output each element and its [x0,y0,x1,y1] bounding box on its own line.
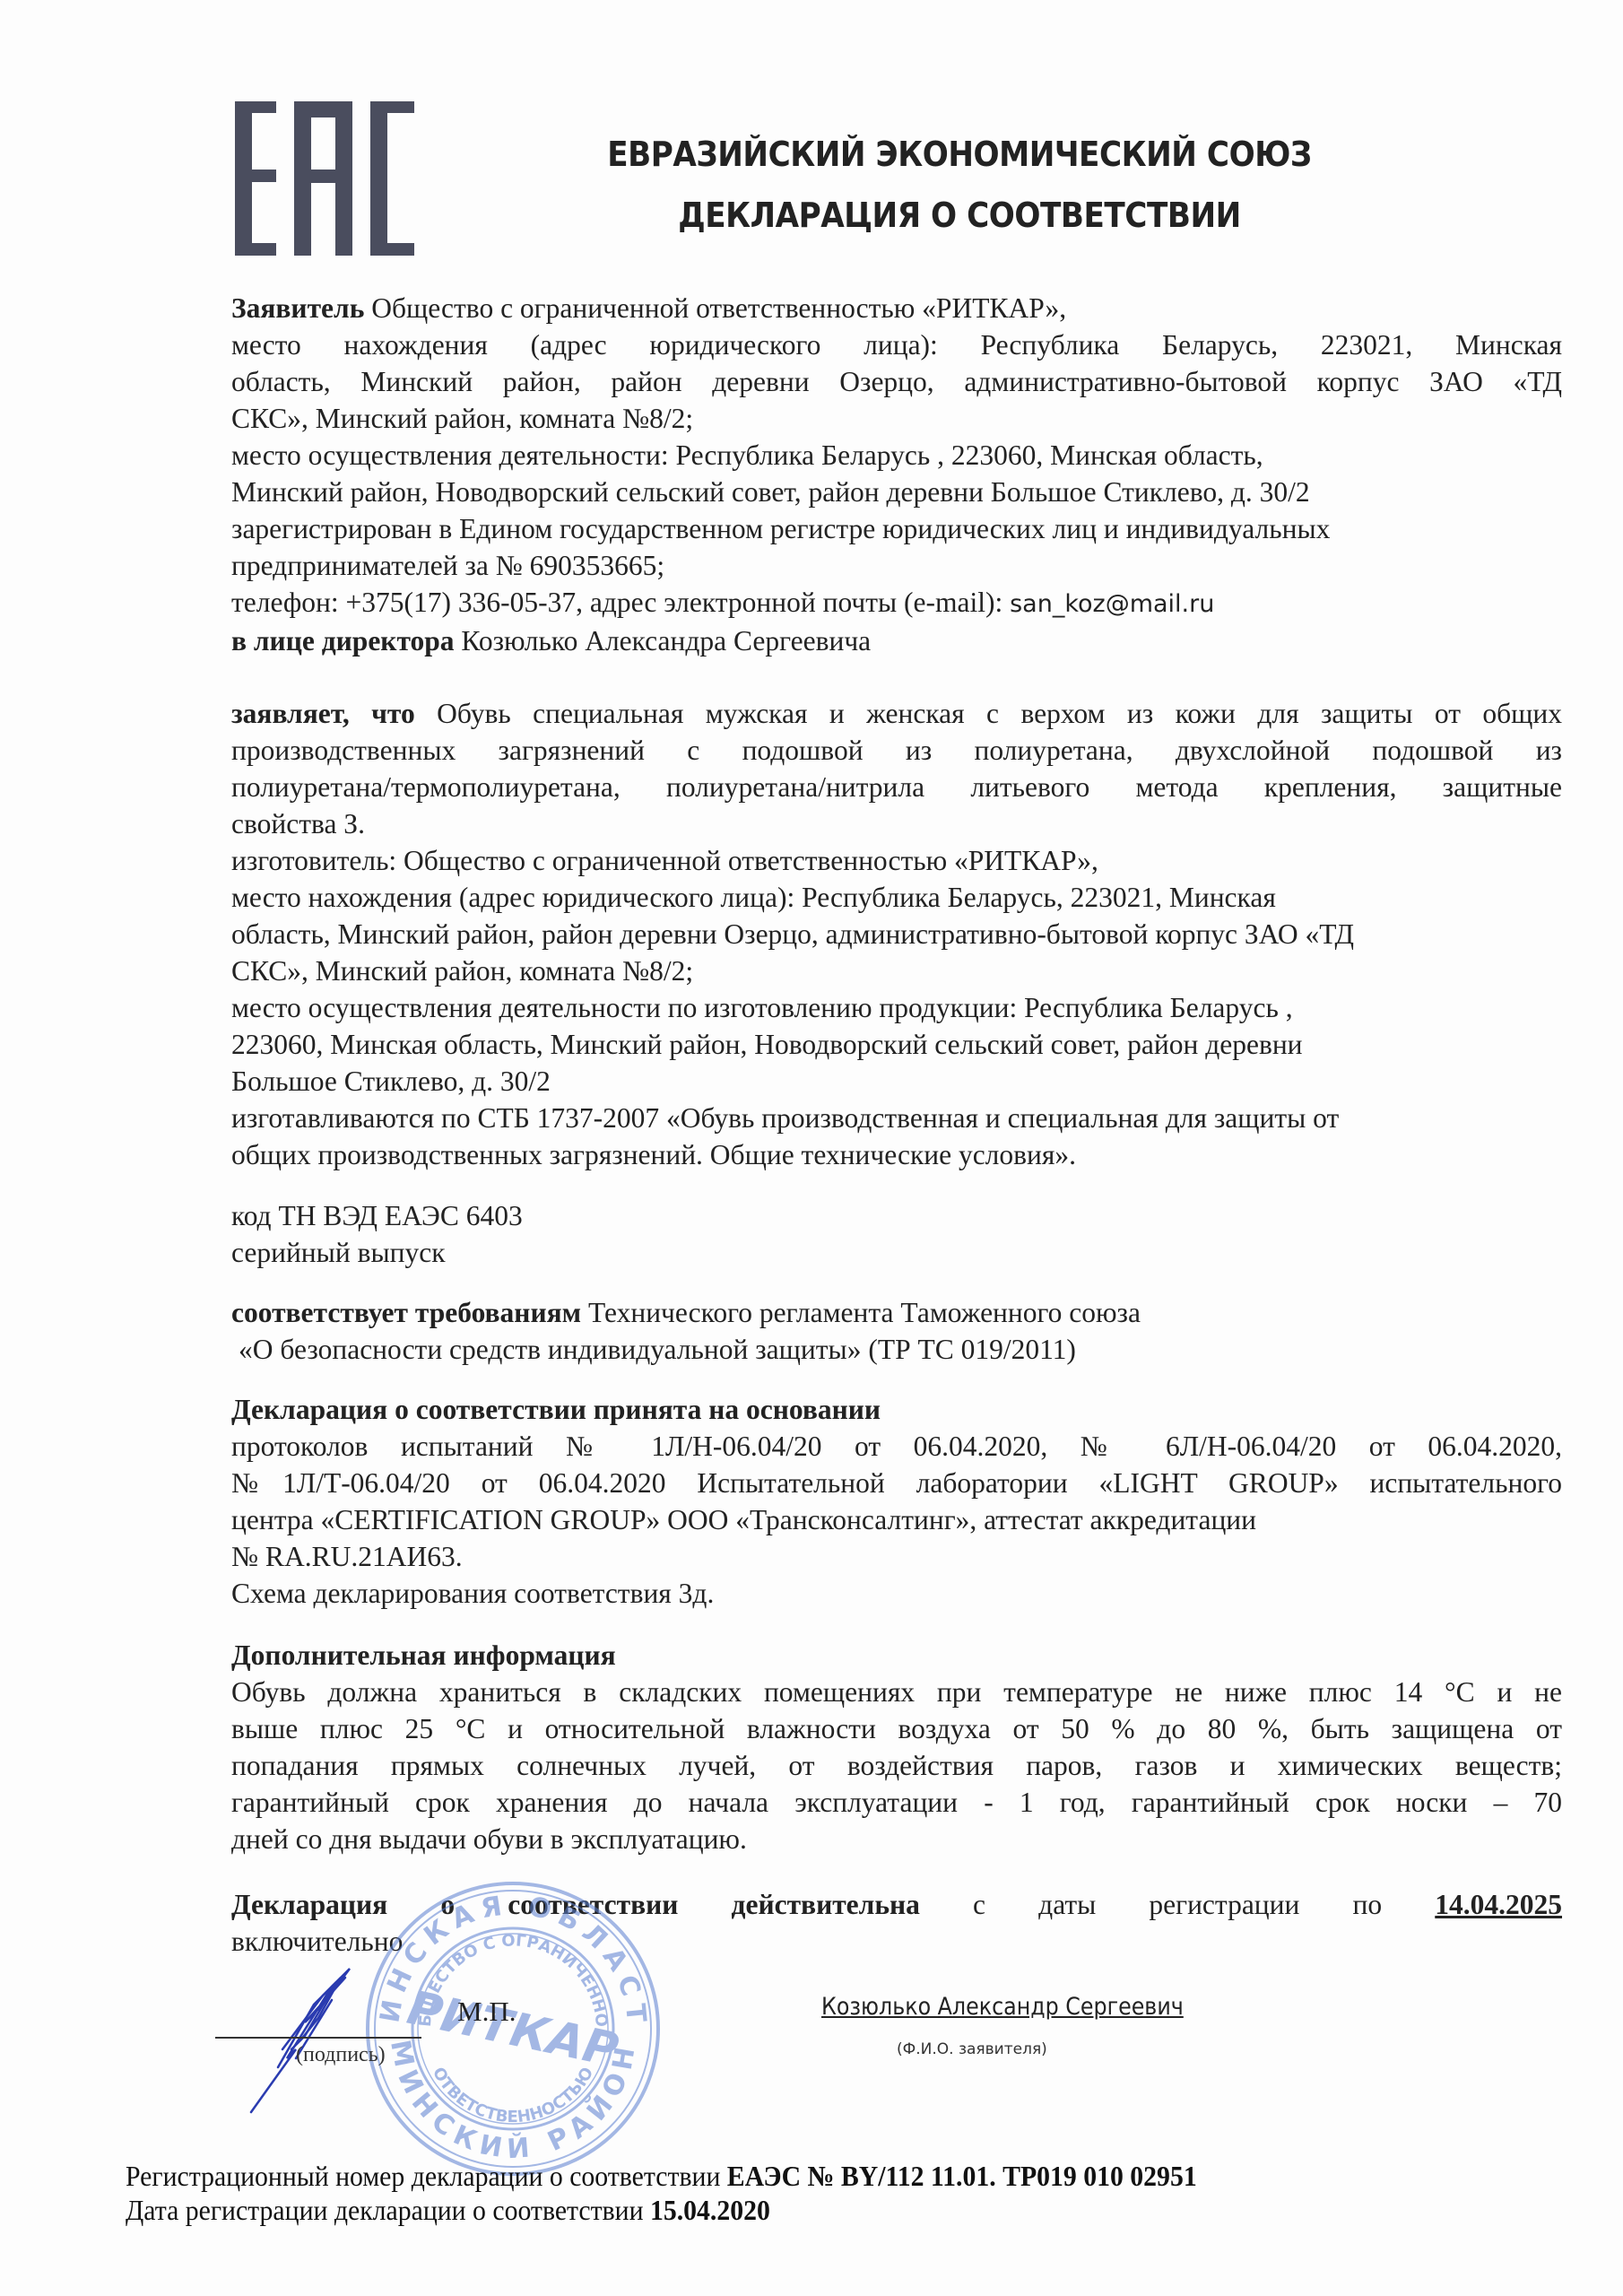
conformity-regulation: «О безопасности средств индивидуальной з… [231,1331,1562,1368]
code-section: код ТН ВЭД ЕАЭС 6403 серийный выпуск [231,1197,1562,1271]
registration-number: ЕАЭС № BY/112 11.01. ТР019 010 02951 [727,2160,1197,2192]
validity-date: 14.04.2025 [1435,1889,1562,1920]
basis-line: Схема декларирования соответствия 3д. [231,1575,1562,1612]
additional-line: Обувь должна храниться в складских помещ… [231,1674,1562,1710]
signature-line [215,2037,421,2039]
applicant-name-line: Заявитель Общество с ограниченной ответс… [231,290,1562,326]
applicant-line: место осуществления деятельности: Респуб… [231,437,1562,474]
applicant-section: Заявитель Общество с ограниченной ответс… [231,290,1562,659]
director-label: в лице директора [231,625,455,657]
signature-caption: (подпись) [296,2043,386,2067]
manufacturer-line: изготовитель: Общество с ограниченной от… [231,842,1562,879]
applicant-line: предпринимателей за № 690353665; [231,547,1562,584]
registration-number-label: Регистрационный номер декларации о соотв… [126,2160,720,2192]
applicant-line: место нахождения (адрес юридического лиц… [231,326,1562,363]
product-line: полиуретана/термополиуретана, полиуретан… [231,769,1562,805]
union-title: ЕВРАЗИЙСКИЙ ЭКОНОМИЧЕСКИЙ СОЮЗ [596,135,1323,174]
signer-name: Козюлько Александр Сергеевич [821,1993,1184,2021]
registration-date-line: Дата регистрации декларации о соответств… [126,2194,770,2227]
manufacturer-line: изготавливаются по СТБ 1737-2007 «Обувь … [231,1100,1562,1136]
seal-place-label: М.П. [457,1996,516,2028]
additional-line: гарантийный срок хранения до начала эксп… [231,1784,1562,1821]
manufacturer-line: область, Минский район, район деревни Оз… [231,916,1562,952]
applicant-line: СКС», Минский район, комната №8/2; [231,400,1562,437]
company-stamp: МИНСКАЯ ОБЛАСТЬ МИНСКИЙ РАЙОН ОБЩЕСТВО С… [363,1879,664,2179]
manufacturer-line: общих производственных загрязнений. Общи… [231,1136,1562,1173]
applicant-line: Минский район, Новодворский сельский сов… [231,474,1562,510]
handwritten-signature [215,1951,368,2121]
applicant-line: зарегистрирован в Едином государственном… [231,510,1562,547]
director-line: в лице директора Козюлько Александра Сер… [231,622,1562,659]
phone-text: телефон: +375(17) 336-05-37, адрес элект… [231,587,1010,618]
registration-number-line: Регистрационный номер декларации о соотв… [126,2160,1197,2193]
additional-line: дней со дня выдачи обуви в эксплуатацию. [231,1821,1562,1857]
release-type: серийный выпуск [231,1234,1562,1271]
applicant-name: Общество с ограниченной ответственностью… [371,292,1066,324]
manufacturer-line: СКС», Минский район, комната №8/2; [231,952,1562,989]
manufacturer-line: место нахождения (адрес юридического лиц… [231,879,1562,916]
basis-line: № RA.RU.21АИ63. [231,1538,1562,1575]
eac-mark [235,101,414,256]
registration-date-label: Дата регистрации декларации о соответств… [126,2194,644,2226]
additional-heading: Дополнительная информация [231,1637,1562,1674]
basis-line: протоколов испытаний № 1Л/Н-06.04/20 от … [231,1428,1562,1465]
basis-line: №1Л/Т-06.04/20 от 06.04.2020 Испытательн… [231,1465,1562,1501]
additional-line: попадания прямых солнечных лучей, от воз… [231,1747,1562,1784]
conformity-text: Технического регламента Таможенного союз… [588,1297,1141,1328]
eac-logo-icon [235,101,414,256]
document-title: ДЕКЛАРАЦИЯ О СООТВЕТСТВИИ [596,196,1323,235]
conformity-label: соответствует требованиям [231,1297,581,1328]
declares-label: заявляет, что [231,698,415,729]
director-name: Козюлько Александра Сергеевича [461,625,871,657]
declaration-page: ЕВРАЗИЙСКИЙ ЭКОНОМИЧЕСКИЙ СОЮЗ ДЕКЛАРАЦИ… [0,0,1623,2296]
manufacturer-line: Большое Стиклево, д. 30/2 [231,1063,1562,1100]
hs-code: код ТН ВЭД ЕАЭС 6403 [231,1197,1562,1234]
declaration-section: заявляет, что Обувь специальная мужская … [231,695,1562,1173]
product-line: производственных загрязнений с подошвой … [231,732,1562,769]
email-link[interactable]: san_koz@mail.ru [1010,590,1214,618]
basis-line: центра «CERTIFICATION GROUP» ООО «Транск… [231,1501,1562,1538]
product-line: заявляет, что Обувь специальная мужская … [231,695,1562,732]
conformity-section: соответствует требованиям Технического р… [231,1294,1562,1368]
basis-section: Декларация о соответствии принята на осн… [231,1391,1562,1612]
signature-icon [215,1951,368,2121]
product-line: свойства З. [231,805,1562,842]
additional-section: Дополнительная информация Обувь должна х… [231,1637,1562,1857]
additional-line: выше плюс 25 °С и относительной влажност… [231,1710,1562,1747]
manufacturer-line: место осуществления деятельности по изго… [231,989,1562,1026]
stamp-seal-icon: МИНСКАЯ ОБЛАСТЬ МИНСКИЙ РАЙОН ОБЩЕСТВО С… [363,1879,664,2179]
basis-heading: Декларация о соответствии принята на осн… [231,1391,1562,1428]
signer-caption: (Ф.И.О. заявителя) [897,2040,1047,2058]
applicant-label: Заявитель [231,292,364,324]
applicant-line: область, Минский район, район деревни Оз… [231,363,1562,400]
manufacturer-line: 223060, Минская область, Минский район, … [231,1026,1562,1063]
validity-middle: с даты регистрации по [973,1889,1382,1920]
contact-line: телефон: +375(17) 336-05-37, адрес элект… [231,584,1562,622]
registration-date: 15.04.2020 [650,2194,770,2226]
